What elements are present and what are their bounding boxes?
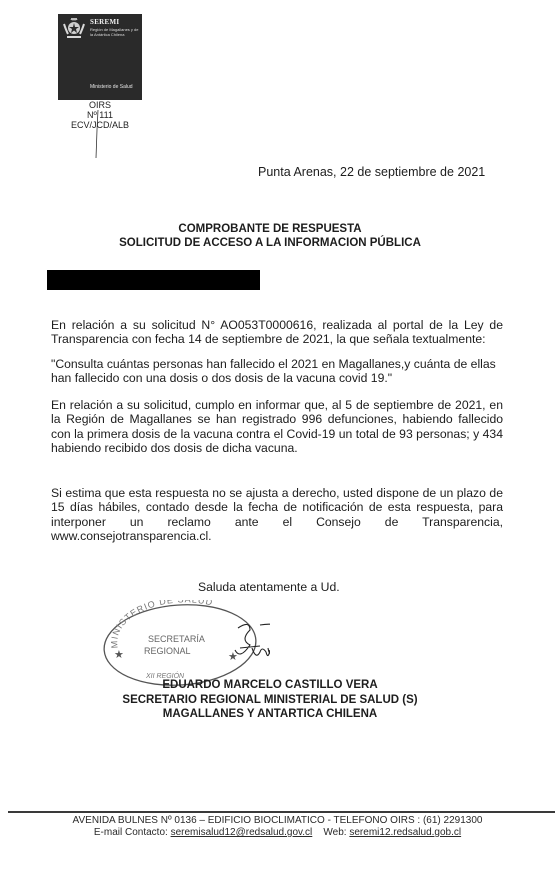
footer-contact: E-mail Contacto: seremisalud12@redsalud.… bbox=[0, 827, 555, 839]
redacted-recipient bbox=[47, 270, 260, 290]
logo-subtitle: Región de Magallanes y de la Antártica C… bbox=[90, 27, 140, 37]
chile-coat-of-arms-icon bbox=[62, 18, 86, 40]
title-line-2: SOLICITUD DE ACCESO A LA INFORMACION PÚB… bbox=[60, 236, 480, 250]
appeal-text: Si estima que esta respuesta no se ajust… bbox=[51, 486, 503, 529]
signer-role: SECRETARIO REGIONAL MINISTERIAL DE SALUD… bbox=[60, 693, 480, 708]
logo-ministry: Ministerio de Salud bbox=[90, 84, 140, 90]
paragraph-appeal: Si estima que esta respuesta no se ajust… bbox=[51, 486, 503, 543]
logo-title: SEREMI bbox=[90, 18, 119, 26]
svg-text:REGIONAL: REGIONAL bbox=[144, 646, 191, 656]
seremi-logo: SEREMI Región de Magallanes y de la Antá… bbox=[58, 14, 142, 100]
footer-address: AVENIDA BULNES Nº 0136 – EDIFICIO BIOCLI… bbox=[0, 815, 555, 827]
title-line-1: COMPROBANTE DE RESPUESTA bbox=[60, 222, 480, 236]
footer: AVENIDA BULNES Nº 0136 – EDIFICIO BIOCLI… bbox=[0, 815, 555, 839]
appeal-link[interactable]: www.consejotransparencia.cl. bbox=[51, 529, 212, 543]
reference-line-1: OIRS bbox=[60, 100, 140, 110]
email-link[interactable]: seremisalud12@redsalud.gov.cl bbox=[171, 827, 313, 838]
web-label: Web: bbox=[323, 827, 346, 838]
salutation: Saluda atentamente a Ud. bbox=[198, 580, 340, 594]
paragraph-response: En relación a su solicitud, cumplo en in… bbox=[51, 398, 503, 455]
document-title: COMPROBANTE DE RESPUESTA SOLICITUD DE AC… bbox=[60, 222, 480, 250]
signer-block: EDUARDO MARCELO CASTILLO VERA SECRETARIO… bbox=[60, 678, 480, 722]
svg-text:SECRETARÍA: SECRETARÍA bbox=[148, 634, 205, 644]
email-label: E-mail Contacto: bbox=[94, 827, 168, 838]
signer-region: MAGALLANES Y ANTARTICA CHILENA bbox=[60, 707, 480, 722]
paragraph-request: En relación a su solicitud N° AO053T0000… bbox=[51, 318, 503, 347]
signer-name: EDUARDO MARCELO CASTILLO VERA bbox=[60, 678, 480, 693]
svg-text:★: ★ bbox=[114, 649, 124, 661]
pen-mark-icon bbox=[94, 110, 102, 160]
place-date: Punta Arenas, 22 de septiembre de 2021 bbox=[258, 165, 485, 179]
footer-divider bbox=[8, 811, 555, 813]
paragraph-quote: "Consulta cuántas personas han fallecido… bbox=[51, 357, 503, 386]
official-stamp-icon: MINISTERIO DE SALUD SECRETARÍA REGIONAL … bbox=[100, 600, 270, 690]
web-link[interactable]: seremi12.redsalud.gob.cl bbox=[349, 827, 461, 838]
